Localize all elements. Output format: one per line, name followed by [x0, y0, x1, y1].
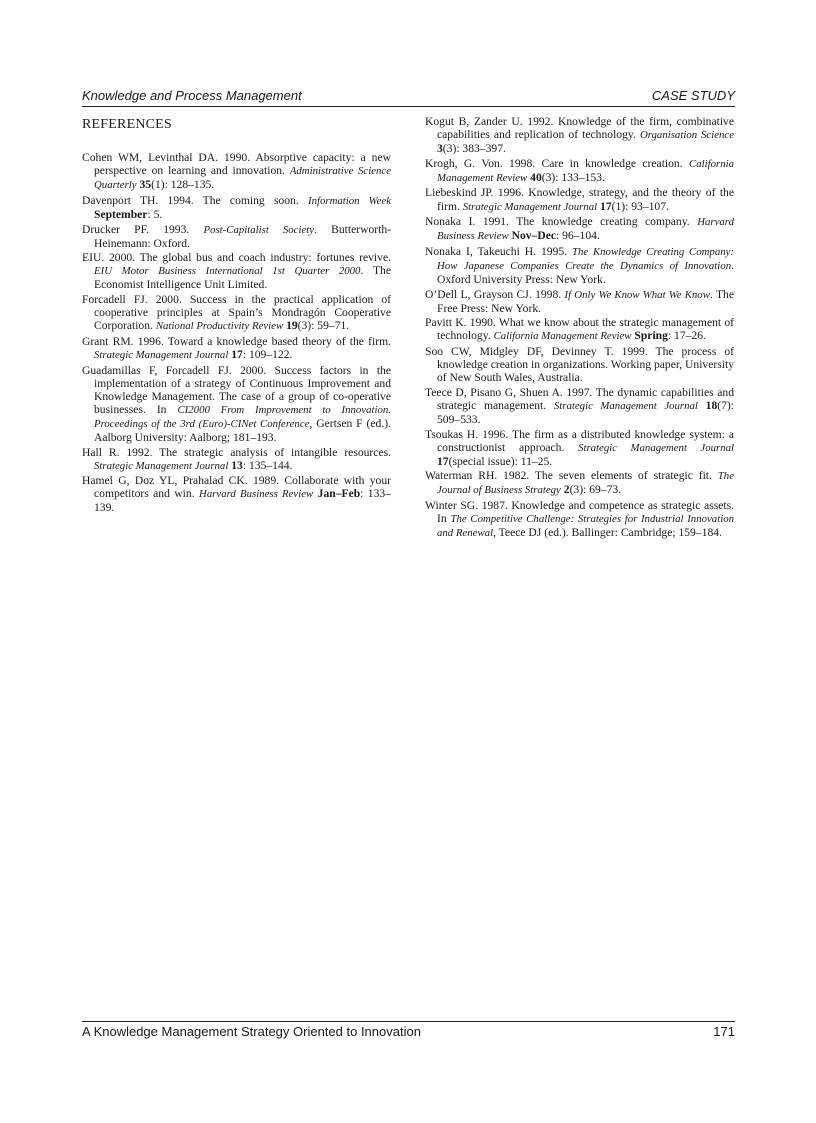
reference-entry: Winter SG. 1987. Knowledge and competenc… — [425, 499, 734, 540]
section-label: CASE STUDY — [652, 88, 735, 103]
footer-rule — [82, 1021, 735, 1022]
references-right-column: Kogut B, Zander U. 1992. Knowledge of th… — [425, 115, 734, 542]
reference-list-left: Cohen WM, Levinthal DA. 1990. Absorptive… — [82, 151, 391, 514]
header-rule — [82, 106, 735, 107]
reference-entry: O’Dell L, Grayson CJ. 1998. If Only We K… — [425, 288, 734, 315]
reference-entry: Liebeskind JP. 1996. Knowledge, strategy… — [425, 186, 734, 213]
reference-entry: Hall R. 1992. The strategic analysis of … — [82, 446, 391, 473]
article-title: A Knowledge Management Strategy Oriented… — [82, 1024, 421, 1039]
reference-entry: Nonaka I, Takeuchi H. 1995. The Knowledg… — [425, 245, 734, 286]
reference-entry: Kogut B, Zander U. 1992. Knowledge of th… — [425, 115, 734, 155]
reference-entry: Grant RM. 1996. Toward a knowledge based… — [82, 335, 391, 362]
reference-entry: Cohen WM, Levinthal DA. 1990. Absorptive… — [82, 151, 391, 192]
reference-entry: Guadamillas F, Forcadell FJ. 2000. Succe… — [82, 364, 391, 445]
journal-title: Knowledge and Process Management — [82, 88, 302, 103]
running-footer: A Knowledge Management Strategy Oriented… — [82, 1024, 735, 1039]
reference-entry: Hamel G, Doz YL, Prahalad CK. 1989. Coll… — [82, 474, 391, 514]
references-left-column: REFERENCES Cohen WM, Levinthal DA. 1990.… — [82, 114, 391, 516]
reference-entry: Nonaka I. 1991. The knowledge creating c… — [425, 215, 734, 243]
reference-entry: Drucker PF. 1993. Post-Capitalist Societ… — [82, 223, 391, 250]
reference-entry: Teece D, Pisano G, Shuen A. 1997. The dy… — [425, 386, 734, 426]
reference-entry: EIU. 2000. The global bus and coach indu… — [82, 251, 391, 291]
reference-entry: Forcadell FJ. 2000. Success in the pract… — [82, 293, 391, 333]
reference-entry: Pavitt K. 1990. What we know about the s… — [425, 316, 734, 343]
reference-list-right: Kogut B, Zander U. 1992. Knowledge of th… — [425, 115, 734, 540]
reference-entry: Waterman RH. 1982. The seven elements of… — [425, 469, 734, 497]
reference-entry: Tsoukas H. 1996. The firm as a distribut… — [425, 428, 734, 468]
reference-entry: Soo CW, Midgley DF, Devinney T. 1999. Th… — [425, 345, 734, 384]
running-header: Knowledge and Process Management CASE ST… — [82, 85, 735, 103]
references-heading: REFERENCES — [82, 118, 391, 131]
page-number: 171 — [713, 1024, 735, 1039]
reference-entry: Davenport TH. 1994. The coming soon. Inf… — [82, 194, 391, 221]
reference-entry: Krogh, G. Von. 1998. Care in knowledge c… — [425, 157, 734, 185]
